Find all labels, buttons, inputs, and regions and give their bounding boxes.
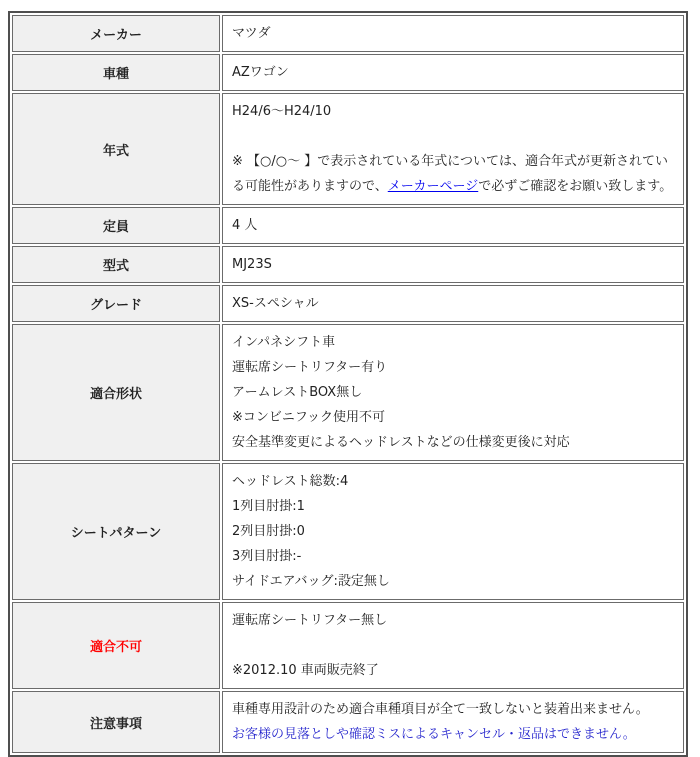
maker-label: メーカー xyxy=(12,15,220,52)
grade-label: グレード xyxy=(12,285,220,322)
model-code-label: 型式 xyxy=(12,246,220,283)
year-label: 年式 xyxy=(12,93,220,205)
table-row-seat-pattern: シートパターン ヘッドレスト総数:4 1列目肘掛:1 2列目肘掛:0 3列目肘掛… xyxy=(12,463,684,600)
table-row-year: 年式 H24/6～H24/10 ※ 【○/○～ 】で表示されている年式については… xyxy=(12,93,684,205)
year-note-post: で必ずご確認をお願い致します。 xyxy=(478,179,672,194)
seat-pattern-line: サイドエアバッグ:設定無し xyxy=(232,569,674,594)
spacer xyxy=(232,124,674,149)
notes-value: 車種専用設計のため適合車種項目が全て一致しないと装着出来ません。 お客様の見落と… xyxy=(222,691,684,753)
model-code-value: MJ23S xyxy=(222,246,684,283)
fit-shape-label: 適合形状 xyxy=(12,324,220,461)
notes-line: 車種専用設計のため適合車種項目が全て一致しないと装着出来ません。 xyxy=(232,697,674,722)
seat-pattern-line: 2列目肘掛:0 xyxy=(232,519,674,544)
vehicle-spec-table: メーカー マツダ 車種 AZワゴン 年式 H24/6～H24/10 ※ 【○/○… xyxy=(8,11,688,757)
notes-label: 注意事項 xyxy=(12,691,220,753)
not-compatible-value: 運転席シートリフター無し ※2012.10 車両販売終了 xyxy=(222,602,684,689)
not-compatible-line: ※2012.10 車両販売終了 xyxy=(232,658,674,683)
table-row-grade: グレード XS-スペシャル xyxy=(12,285,684,322)
year-range: H24/6～H24/10 xyxy=(232,99,674,124)
table-row-maker: メーカー マツダ xyxy=(12,15,684,52)
capacity-label: 定員 xyxy=(12,207,220,244)
table-row-fit-shape: 適合形状 インパネシフト車 運転席シートリフター有り アームレストBOX無し ※… xyxy=(12,324,684,461)
fit-shape-line: ※コンビニフック使用不可 xyxy=(232,405,674,430)
fit-shape-line: アームレストBOX無し xyxy=(232,380,674,405)
seat-pattern-value: ヘッドレスト総数:4 1列目肘掛:1 2列目肘掛:0 3列目肘掛:- サイドエア… xyxy=(222,463,684,600)
table-row-capacity: 定員 4 人 xyxy=(12,207,684,244)
fit-shape-line: インパネシフト車 xyxy=(232,330,674,355)
spacer xyxy=(232,633,674,658)
table-row-model: 車種 AZワゴン xyxy=(12,54,684,91)
not-compatible-label: 適合不可 xyxy=(12,602,220,689)
maker-page-link[interactable]: メーカーページ xyxy=(388,179,478,194)
fit-shape-line: 安全基準変更によるヘッドレストなどの仕様変更後に対応 xyxy=(232,430,674,455)
table-row-model-code: 型式 MJ23S xyxy=(12,246,684,283)
capacity-value: 4 人 xyxy=(222,207,684,244)
seat-pattern-label: シートパターン xyxy=(12,463,220,600)
year-value: H24/6～H24/10 ※ 【○/○～ 】で表示されている年式については、適合… xyxy=(222,93,684,205)
model-label: 車種 xyxy=(12,54,220,91)
seat-pattern-line: 3列目肘掛:- xyxy=(232,544,674,569)
fit-shape-value: インパネシフト車 運転席シートリフター有り アームレストBOX無し ※コンビニフ… xyxy=(222,324,684,461)
table-row-notes: 注意事項 車種専用設計のため適合車種項目が全て一致しないと装着出来ません。 お客… xyxy=(12,691,684,753)
seat-pattern-line: 1列目肘掛:1 xyxy=(232,494,674,519)
table-row-not-compatible: 適合不可 運転席シートリフター無し ※2012.10 車両販売終了 xyxy=(12,602,684,689)
vehicle-spec-page: メーカー マツダ 車種 AZワゴン 年式 H24/6～H24/10 ※ 【○/○… xyxy=(0,0,700,724)
maker-value: マツダ xyxy=(222,15,684,52)
notes-warning-line: お客様の見落としや確認ミスによるキャンセル・返品はできません。 xyxy=(232,722,674,747)
seat-pattern-line: ヘッドレスト総数:4 xyxy=(232,469,674,494)
not-compatible-line: 運転席シートリフター無し xyxy=(232,608,674,633)
model-value: AZワゴン xyxy=(222,54,684,91)
year-note: ※ 【○/○～ 】で表示されている年式については、適合年式が更新されている可能性… xyxy=(232,149,674,199)
fit-shape-line: 運転席シートリフター有り xyxy=(232,355,674,380)
grade-value: XS-スペシャル xyxy=(222,285,684,322)
